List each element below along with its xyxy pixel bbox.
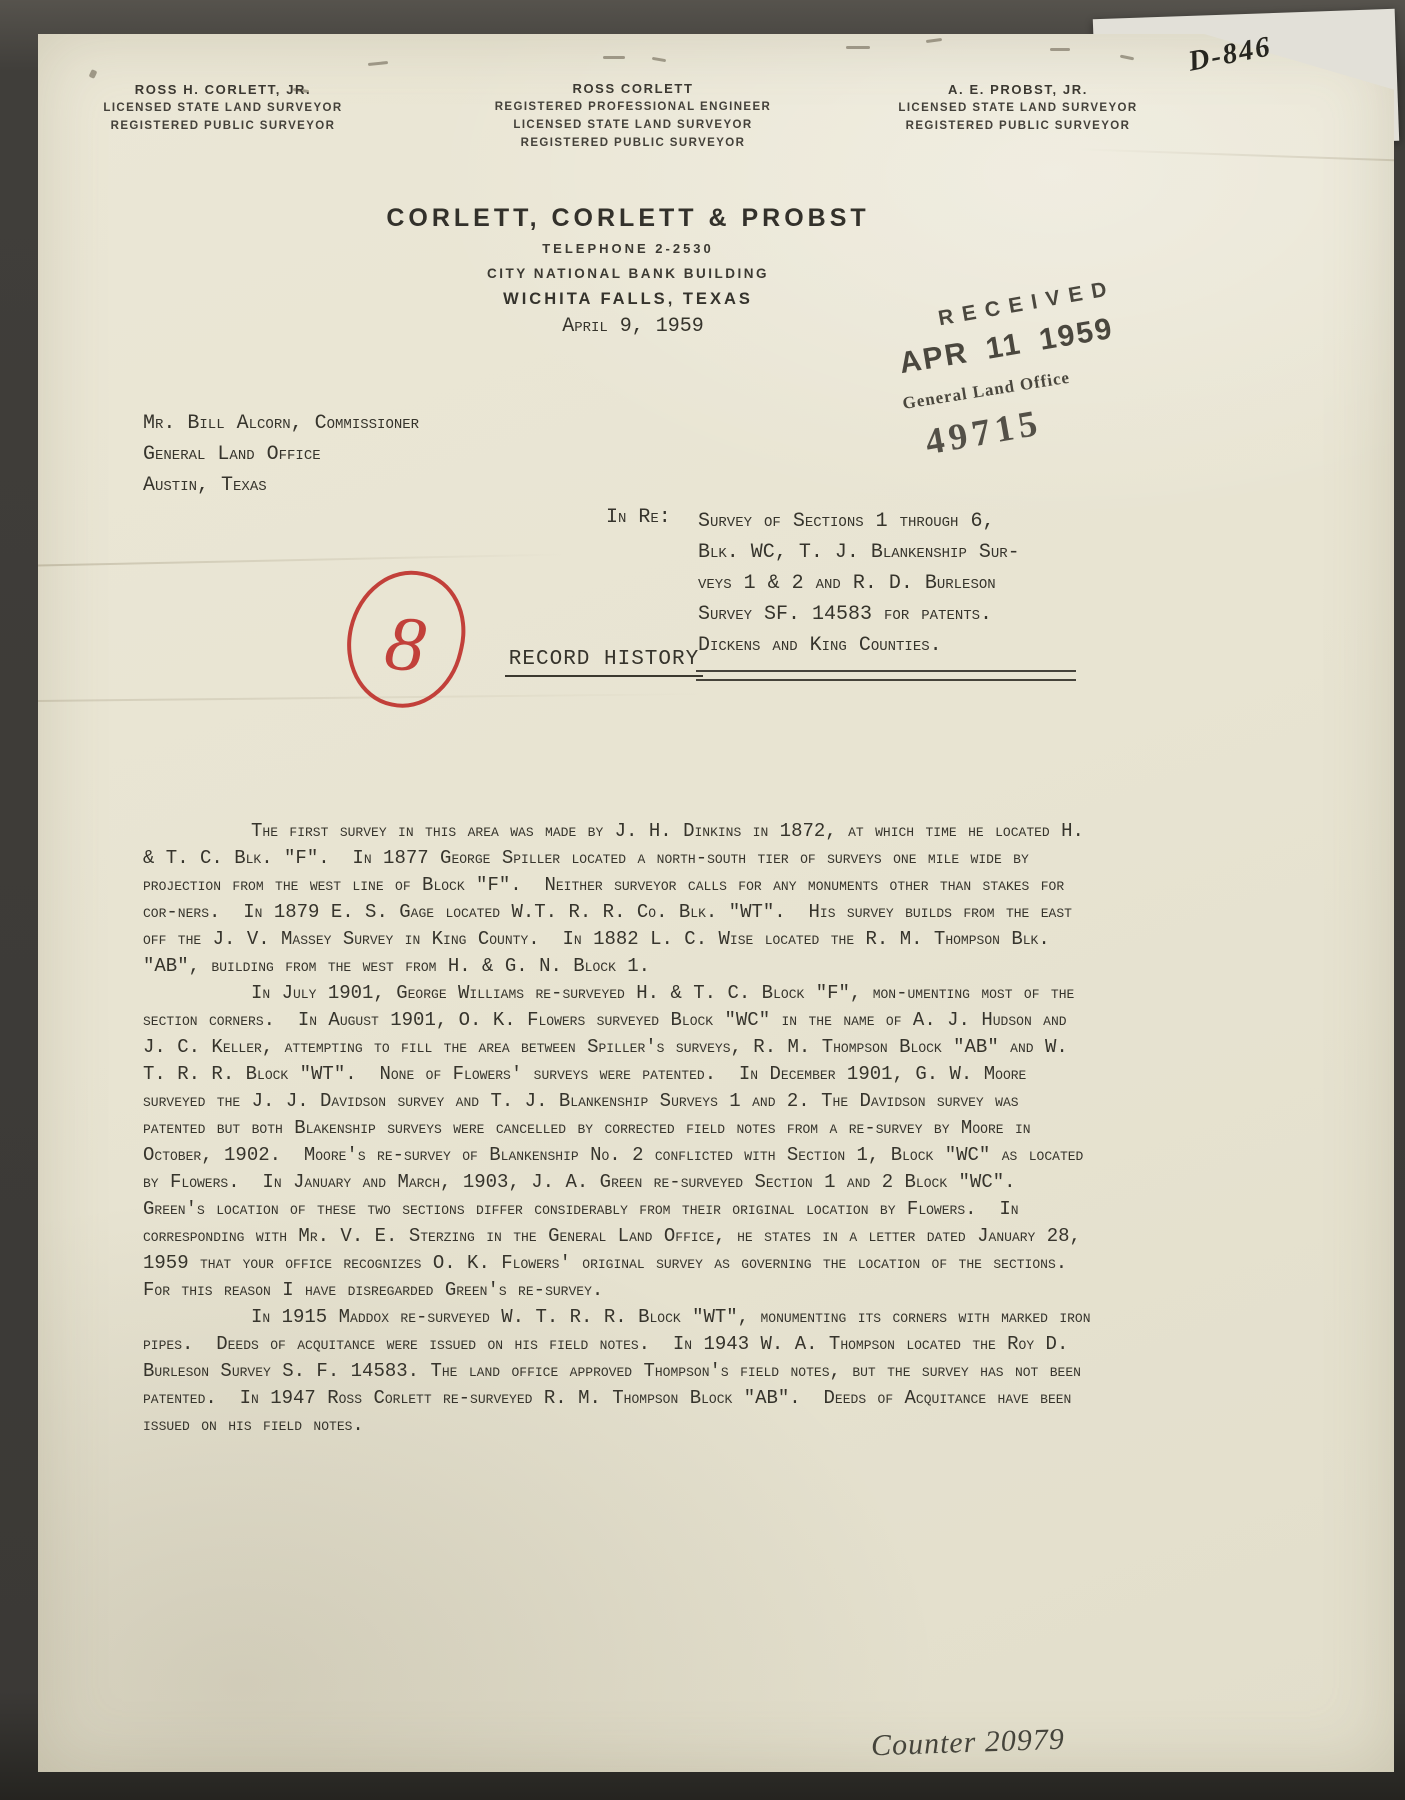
letter-paper: ROSS H. CORLETT, JR. LICENSED STATE LAND… (38, 34, 1394, 1772)
letterhead-center-column: ROSS CORLETT REGISTERED PROFESSIONAL ENG… (468, 79, 798, 152)
firm-letterhead: CORLETT, CORLETT & PROBST TELEPHONE 2-25… (318, 204, 938, 309)
paper-crease (1078, 148, 1405, 162)
in-re-line: Blk. WC, T. J. Blankenship Sur- (698, 537, 1098, 568)
surveyor-title: LICENSED STATE LAND SURVEYOR (468, 116, 798, 134)
paper-mark (1120, 55, 1134, 61)
firm-name: CORLETT, CORLETT & PROBST (318, 204, 938, 233)
section-heading-wrap: RECORD HISTORY (454, 648, 754, 677)
section-heading: RECORD HISTORY (505, 648, 703, 677)
paper-mark (89, 69, 98, 79)
surveyor-name: ROSS H. CORLETT, JR. (78, 80, 368, 99)
surveyor-title: REGISTERED PUBLIC SURVEYOR (468, 134, 798, 152)
body-paragraph: The first survey in this area was made b… (143, 818, 1091, 980)
paper-mark (603, 56, 625, 59)
paper-mark (846, 46, 870, 49)
firm-building: CITY NATIONAL BANK BUILDING (318, 266, 938, 281)
in-re-subject: Survey of Sections 1 through 6, Blk. WC,… (698, 506, 1098, 661)
letter-body: The first survey in this area was made b… (143, 818, 1091, 1439)
surveyor-title: REGISTERED PUBLIC SURVEYOR (863, 117, 1173, 135)
paper-mark (368, 61, 388, 66)
received-stamp: RECEIVED APR 11 1959 General Land Office… (885, 258, 1246, 468)
counter-number-note: Counter 20979 (870, 1723, 1065, 1764)
scanned-letter-background: ROSS H. CORLETT, JR. LICENSED STATE LAND… (0, 0, 1405, 1800)
letterhead-right-column: A. E. PROBST, JR. LICENSED STATE LAND SU… (863, 80, 1173, 135)
letterhead-left-column: ROSS H. CORLETT, JR. LICENSED STATE LAND… (78, 80, 368, 135)
surveyor-title: REGISTERED PUBLIC SURVEYOR (78, 117, 368, 135)
red-circle-number: 8 (380, 597, 430, 691)
body-paragraph: In July 1901, George Williams re-surveye… (143, 980, 1091, 1304)
body-paragraph: In 1915 Maddox re-surveyed W. T. R. R. B… (143, 1304, 1091, 1439)
in-re-line: Survey of Sections 1 through 6, (698, 506, 1098, 537)
paper-mark (1050, 48, 1070, 51)
recipient-line: Mr. Bill Alcorn, Commissioner (143, 408, 419, 439)
paper-crease (38, 552, 658, 567)
paper-mark (652, 57, 666, 62)
letter-date: April 9, 1959 (493, 315, 773, 338)
in-re-line: Survey SF. 14583 for patents. (698, 599, 1098, 630)
surveyor-name: A. E. PROBST, JR. (863, 80, 1173, 99)
in-re-line: Dickens and King Counties. (698, 630, 1098, 661)
surveyor-title: LICENSED STATE LAND SURVEYOR (78, 99, 368, 117)
recipient-address: Mr. Bill Alcorn, Commissioner General La… (143, 408, 419, 501)
firm-telephone: TELEPHONE 2-2530 (318, 241, 938, 256)
surveyor-title: LICENSED STATE LAND SURVEYOR (863, 99, 1173, 117)
red-circle-annotation: 8 (334, 559, 478, 720)
recipient-line: Austin, Texas (143, 470, 419, 501)
recipient-line: General Land Office (143, 439, 419, 470)
in-re-line: veys 1 & 2 and R. D. Burleson (698, 568, 1098, 599)
surveyor-title: REGISTERED PROFESSIONAL ENGINEER (468, 98, 798, 116)
paper-mark (926, 38, 942, 43)
in-re-label: In Re: (606, 506, 671, 529)
firm-city: WICHITA FALLS, TEXAS (318, 290, 938, 309)
surveyor-name: ROSS CORLETT (468, 79, 798, 98)
